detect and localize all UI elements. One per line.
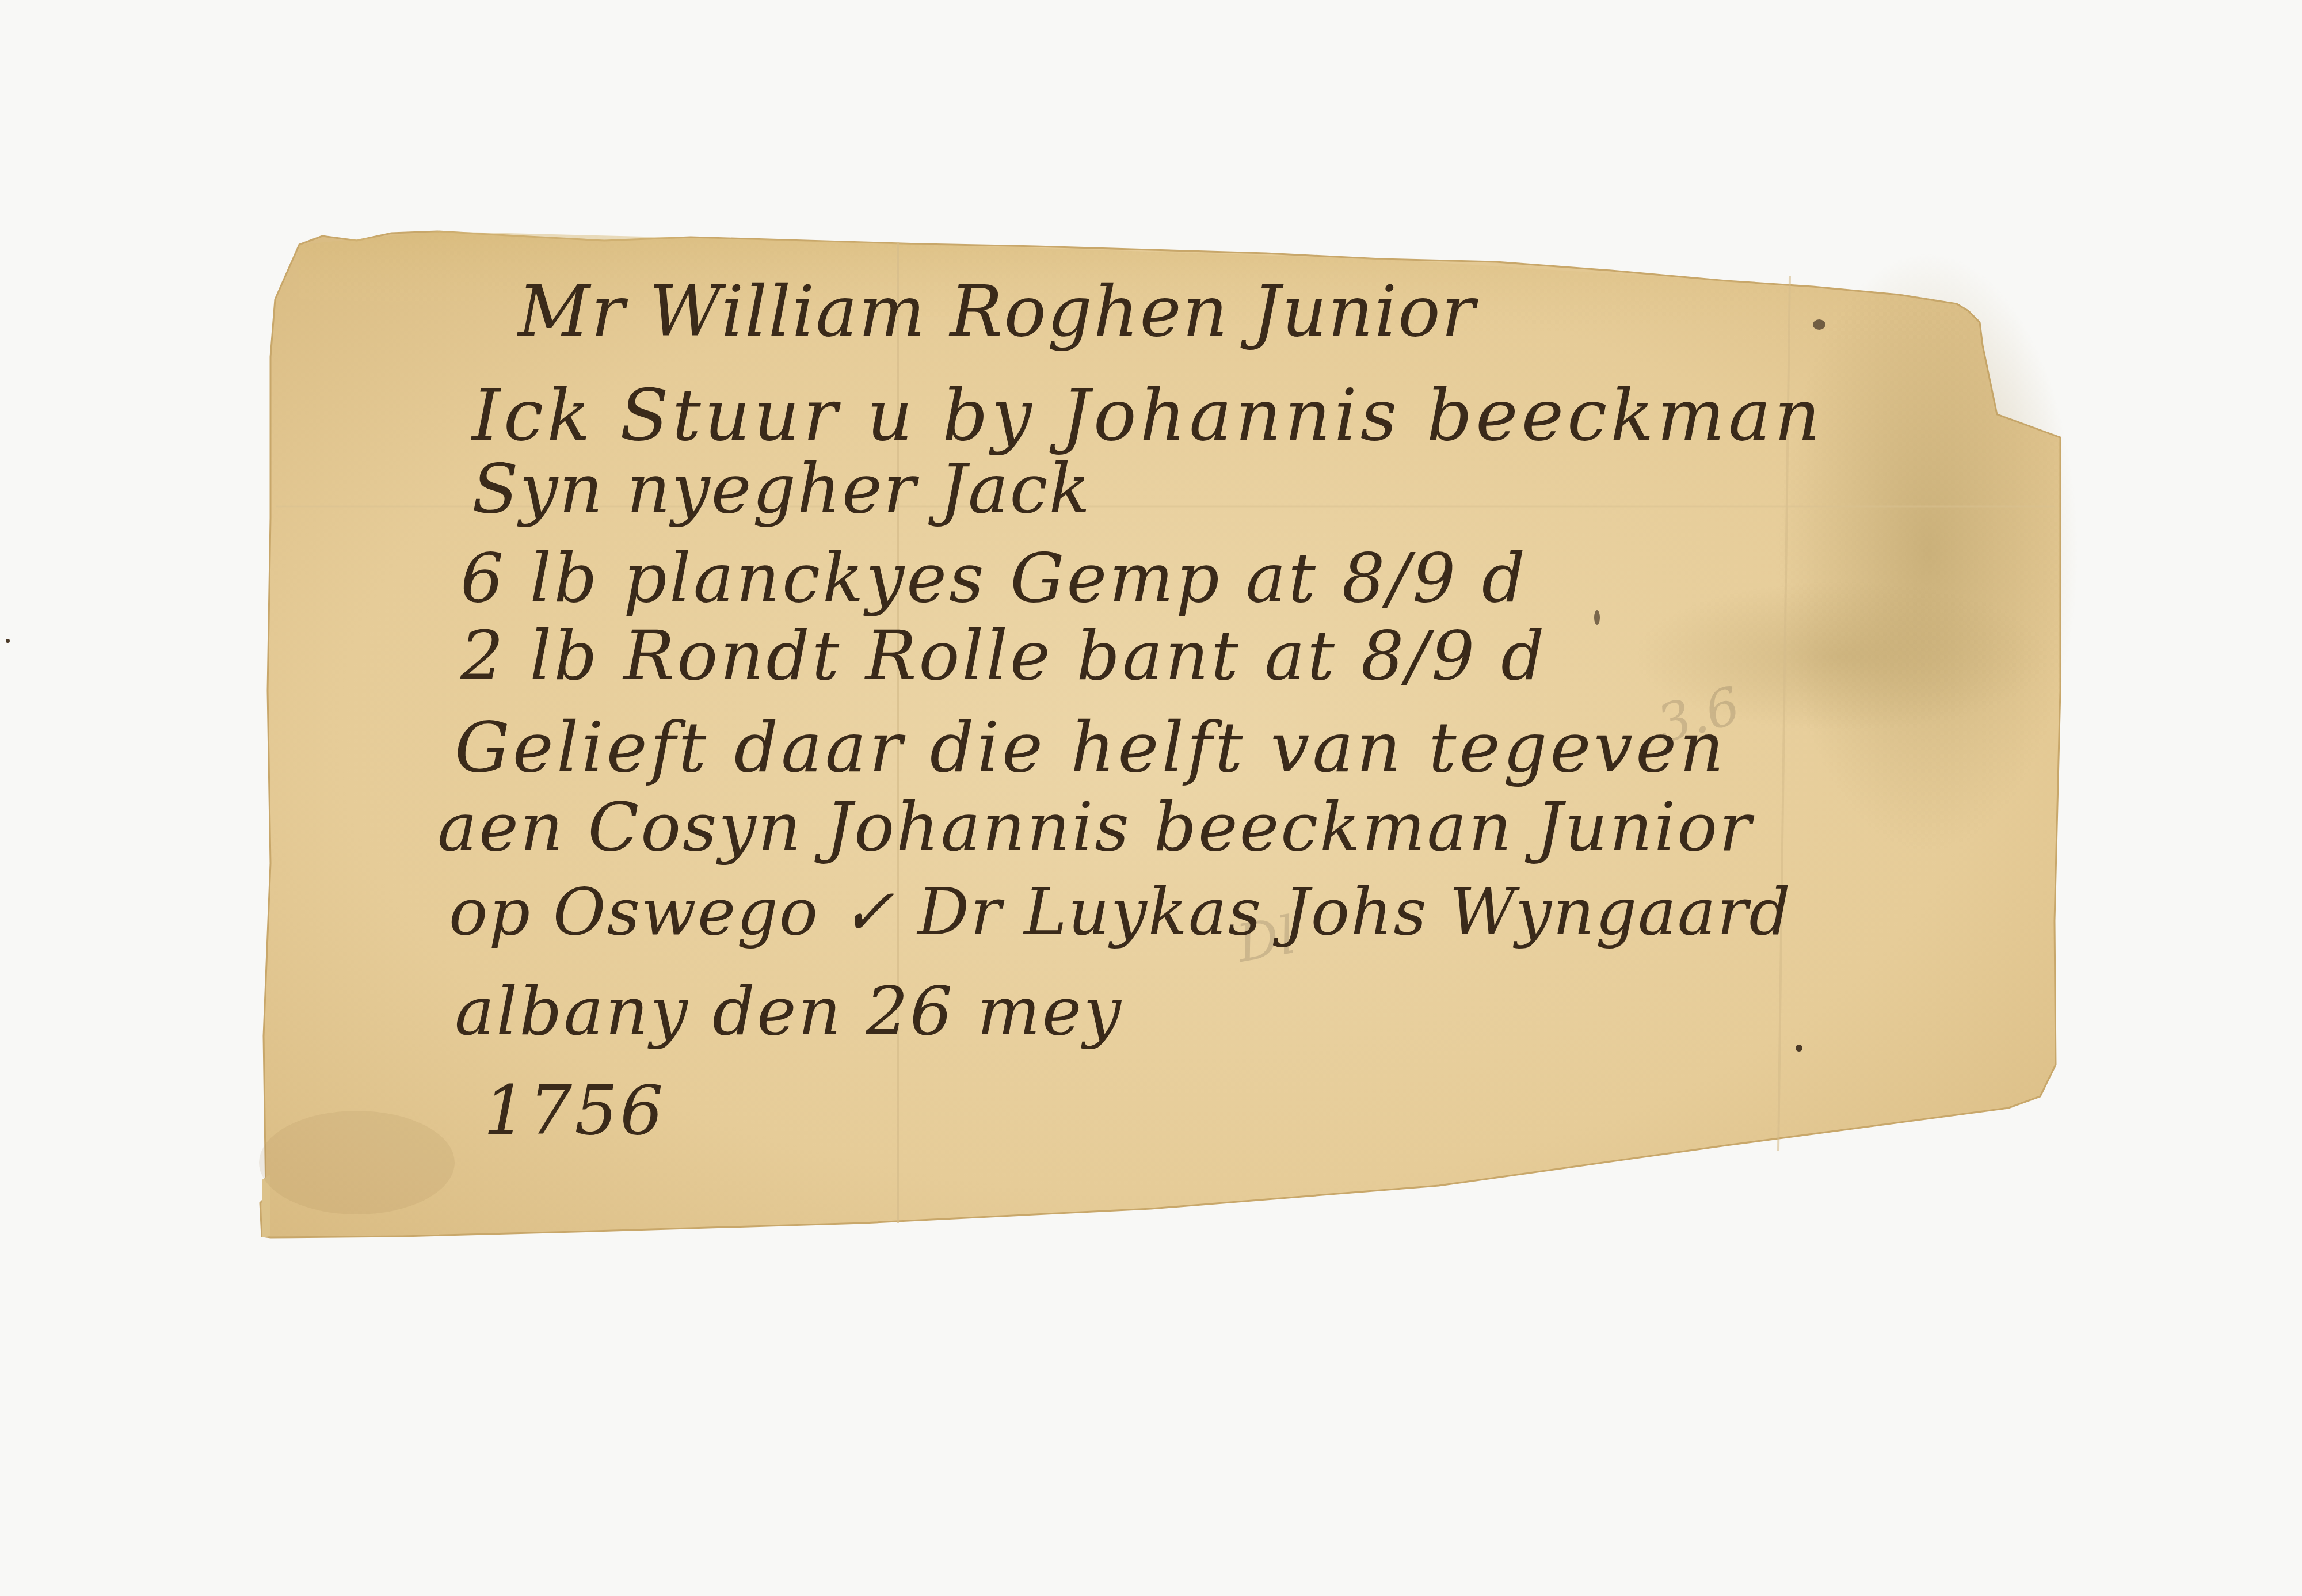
- ink-speck: [1594, 610, 1600, 625]
- line-item-hemp: 6 lb planckyes Gemp at 8/9 d: [460, 538, 1527, 618]
- line-item-ribbon: 2 lb Rondt Rolle bant at 8/9 d: [460, 616, 1546, 695]
- line-place-date: albany den 26 mey: [455, 973, 1123, 1050]
- line-instruction: Gelieft daar die helft van tegeven: [455, 708, 1727, 788]
- line-sending: Ick Stuur u by Johannis beeckman: [472, 374, 1824, 457]
- line-signature: op Oswego ✓ Dr Luykas Johs Wyngaard: [449, 875, 1792, 950]
- ink-speck: [6, 639, 10, 643]
- ink-speck: [1796, 1045, 1802, 1052]
- ink-speck: [1813, 319, 1825, 330]
- line-recipient: aen Cosyn Johannis beeckman Junior: [437, 789, 1753, 866]
- line-year: 1756: [483, 1071, 665, 1150]
- line-servant: Syn nyegher Jack: [472, 449, 1091, 528]
- line-addressee: Mr William Roghen Junior: [518, 271, 1476, 352]
